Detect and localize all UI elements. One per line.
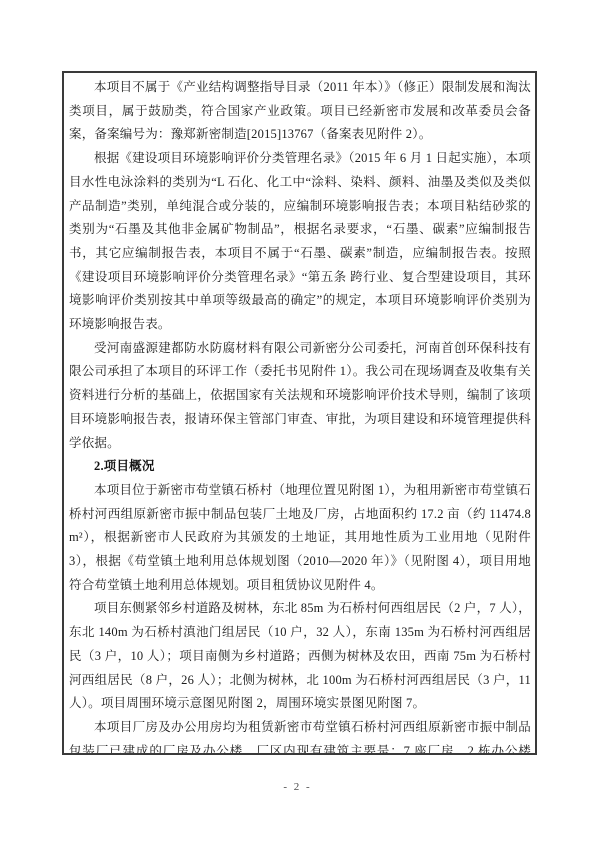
paragraph-buildings-lease: 本项目厂房及办公用房均为租赁新密市苟堂镇石桥村河西组原新密市振中制品包装厂已建成… xyxy=(69,716,531,755)
page-number: - 2 - xyxy=(0,780,595,794)
paragraph-commission-statement: 受河南盛源建都防水防腐材料有限公司新密分公司委托，河南首创环保科技有限公司承担了… xyxy=(69,337,531,456)
document-page: 本项目不属于《产业结构调整指导目录（2011 年本）》（修正）限制发展和淘汰类项… xyxy=(0,0,595,841)
heading-project-overview: 2.项目概况 xyxy=(69,455,531,479)
paragraph-surroundings: 项目东侧紧邻乡村道路及树林，东北 85m 为石桥村何西组居民（2 户，7 人），… xyxy=(69,597,531,716)
report-form-cell: 本项目不属于《产业结构调整指导目录（2011 年本）》（修正）限制发展和淘汰类项… xyxy=(62,71,537,755)
paragraph-industrial-policy: 本项目不属于《产业结构调整指导目录（2011 年本）》（修正）限制发展和淘汰类项… xyxy=(69,76,531,147)
paragraph-location-and-land: 本项目位于新密市苟堂镇石桥村（地理位置见附图 1），为租用新密市苟堂镇石桥村河西… xyxy=(69,479,531,598)
paragraph-eia-category: 根据《建设项目环境影响评价分类管理名录》（2015 年 6 月 1 日起实施），… xyxy=(69,147,531,337)
